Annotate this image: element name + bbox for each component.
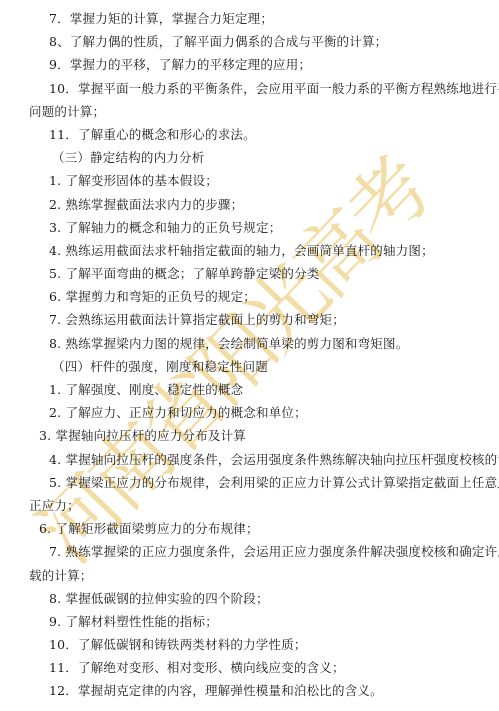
text-line: 3. 了解轴力的概念和轴力的正负号规定； — [0, 216, 499, 239]
text-line: 8、了解力偶的性质，了解平面力偶系的合成与平衡的计算； — [0, 30, 499, 53]
text-line: 10．了解低碳钢和铸铁两类材料的力学性质； — [0, 633, 499, 656]
text-line: 4. 熟练运用截面法求杆轴指定截面的轴力，会画简单直杆的轴力图； — [0, 239, 499, 262]
text-line: 8. 熟练掌握梁内力图的规律，会绘制简单梁的剪力图和弯矩图。 — [0, 332, 499, 355]
text-line: 6. 了解矩形截面梁剪应力的分布规律； — [0, 517, 499, 540]
text-line: 2. 了解应力、正应力和切应力的概念和单位； — [0, 401, 499, 424]
section-heading: （四）杆件的强度，刚度和稳定性问题 — [0, 355, 499, 378]
text-line: 3. 掌握轴向拉压杆的应力分布及计算 — [0, 424, 499, 447]
text-line: 12．掌握胡克定律的内容，理解弹性模量和泊松比的含义。 — [0, 679, 499, 702]
text-line: 8. 掌握低碳钢的拉伸实验的四个阶段； — [0, 587, 499, 610]
text-line: 9．掌握力的平移，了解力的平移定理的应用； — [0, 53, 499, 76]
text-line: 6. 掌握剪力和弯矩的正负号的规定； — [0, 285, 499, 308]
text-line: 1. 了解强度、刚度、稳定性的概念 — [0, 378, 499, 401]
section-heading: （三）静定结构的内力分析 — [0, 146, 499, 169]
text-line: 11．了解重心的概念和形心的求法。 — [0, 123, 499, 146]
text-line: 1. 了解变形固体的基本假设； — [0, 169, 499, 192]
text-line: 5. 掌握梁正应力的分布规律，会利用梁的正应力计算公式计算梁指定截面上任意点的 — [0, 471, 499, 494]
text-line: 9. 了解材料塑性性能的指标； — [0, 610, 499, 633]
text-line: 问题的计算； — [0, 100, 499, 123]
text-line: 正应力； — [0, 494, 499, 517]
text-line: 载的计算； — [0, 564, 499, 587]
text-line: 4. 掌握轴向拉压杆的强度条件，会运用强度条件熟练解决轴向拉压杆强度校核的计算； — [0, 448, 499, 471]
text-line: 11．了解绝对变形、相对变形、横向线应变的含义； — [0, 656, 499, 679]
text-line: 10．掌握平面一般力系的平衡条件，会应用平面一般力系的平衡方程熟练地进行平衡 — [0, 77, 499, 100]
text-line: 7. 会熟练运用截面法计算指定截面上的剪力和弯矩； — [0, 308, 499, 331]
text-line: 7. 熟练掌握梁的正应力强度条件，会运用正应力强度条件解决强度校核和确定许用荷 — [0, 540, 499, 563]
text-line: 5. 了解平面弯曲的概念；了解单跨静定梁的分类 — [0, 262, 499, 285]
text-line: 2. 熟练掌握截面法求内力的步骤； — [0, 193, 499, 216]
text-line: 7．掌握力矩的计算，掌握合力矩定理； — [0, 7, 499, 30]
document-body: 7．掌握力矩的计算，掌握合力矩定理；8、了解力偶的性质，了解平面力偶系的合成与平… — [0, 7, 499, 703]
